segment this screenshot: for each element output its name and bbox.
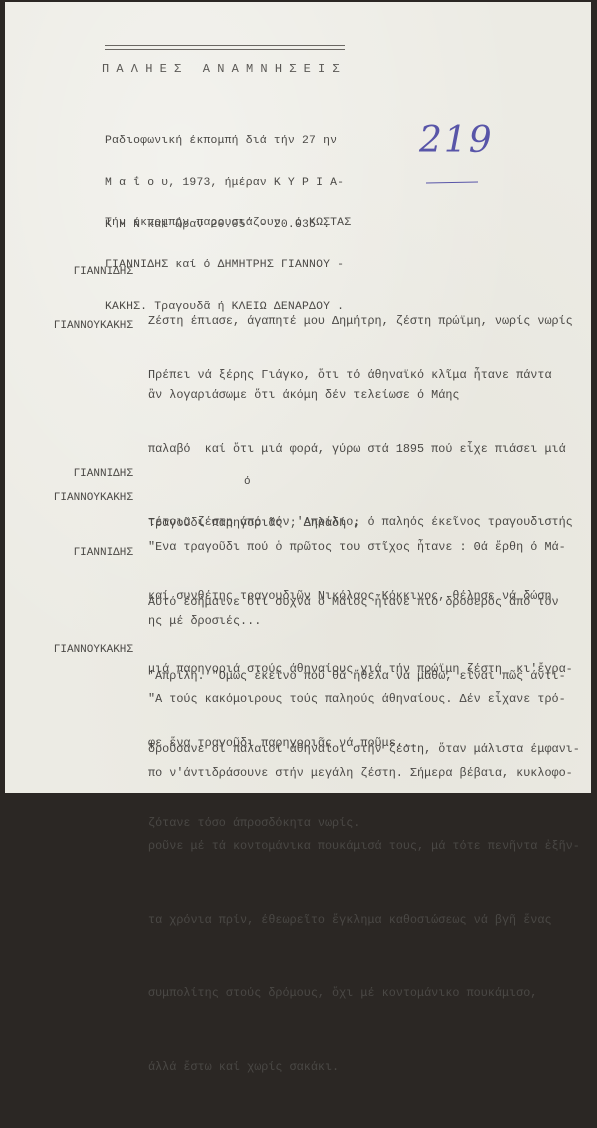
handwritten-page-number: 219: [419, 120, 494, 161]
speaker-name: ΓΙΑΝΝΙΔΗΣ: [5, 468, 133, 480]
typewritten-page: ΠΑΛΗΕΣ ΑΝΑΜΝΗΣΕΙΣ Ραδιοφωνική έκπομπή δι…: [5, 2, 591, 793]
dialogue-text: "Α τούς κακόμοιρους τούς παληούς άθηναίο…: [148, 638, 580, 800]
dialogue-line: παλαβό καί ὅτι μιά φορά, γύρω στά 1895 π…: [148, 437, 573, 462]
dialogue-line: "Α τούς κακόμοιρους τούς παληούς άθηναίο…: [148, 687, 580, 712]
dialogue-line: Αὐτό έσήμαινε ὅτι συχνά ό Μάϊος ἦτανε πι…: [148, 590, 580, 615]
presenters-line: Τήν έκπομπήν παρουσιάζουν ό ΚΩΣΤΑΣ: [105, 216, 351, 230]
speaker-name: ΓΙΑΝΝΙΔΗΣ: [5, 547, 133, 559]
speaker-name: ΓΙΑΝΝΟΥΚΑΚΗΣ: [5, 320, 133, 332]
speaker-name: ΓΙΑΝΝΙΔΗΣ: [5, 266, 133, 278]
dialogue-line: πο ν'άντιδράσουνε στήν μεγάλη ζέστη. Σήμ…: [148, 761, 580, 786]
speaker-name: ΓΙΑΝΝΟΥΚΑΚΗΣ: [5, 644, 133, 656]
document-title: ΠΑΛΗΕΣ ΑΝΑΜΝΗΣΕΙΣ: [102, 62, 347, 76]
scan-frame: ΠΑΛΗΕΣ ΑΝΑΜΝΗΣΕΙΣ Ραδιοφωνική έκπομπή δι…: [0, 0, 597, 800]
handwritten-underline: [426, 182, 478, 184]
speaker-name: ΓΙΑΝΝΟΥΚΑΚΗΣ: [5, 492, 133, 504]
dialogue-line: Πρέπει νά ξέρης Γιάγκο, ὅτι τό άθηναϊκό …: [148, 363, 573, 388]
broadcast-info-line: Ραδιοφωνική έκπομπή διά τήν 27 ην: [105, 134, 344, 148]
double-rule-divider: [105, 45, 345, 50]
